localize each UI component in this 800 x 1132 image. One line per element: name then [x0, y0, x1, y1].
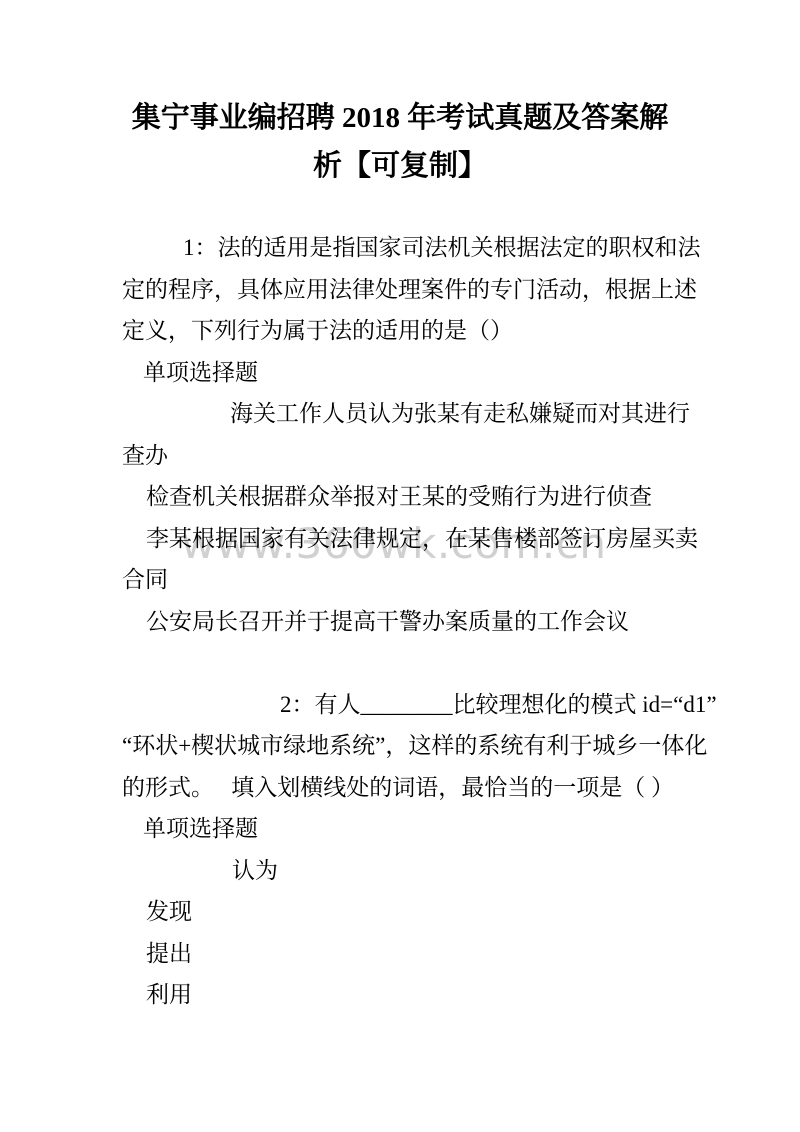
document-line: 单项选择题 — [122, 352, 760, 394]
document-line: 定义，下列行为属于法的适用的是（） — [122, 310, 760, 352]
document-line: “环状+楔状城市绿地系统”，这样的系统有利于城乡一体化 — [122, 725, 760, 767]
document-title: 集宁事业编招聘 2018 年考试真题及答案解 析【可复制】 — [0, 0, 800, 190]
document-line: 公安局长召开并于提高干警办案质量的工作会议 — [122, 601, 760, 643]
document-line: 利用 — [122, 974, 760, 1016]
document-line: 提出 — [122, 933, 760, 975]
document-body: 1：法的适用是指国家司法机关根据法定的职权和法定的程序，具体应用法律处理案件的专… — [0, 227, 800, 1016]
document-line: 的形式。 填入划横线处的词语，最恰当的一项是（ ） — [122, 767, 760, 809]
document-line: 单项选择题 — [122, 808, 760, 850]
document-title-line-2: 析【可复制】 — [0, 142, 800, 190]
document-line: 认为 — [122, 850, 760, 892]
document-line: 合同 — [122, 559, 760, 601]
document-line: 查办 — [122, 435, 760, 477]
document-line: 发现 — [122, 891, 760, 933]
document-title-line-1: 集宁事业编招聘 2018 年考试真题及答案解 — [0, 94, 800, 142]
document-line: 2：有人________比较理想化的模式 id=“d1” — [122, 684, 760, 726]
document-line: 海关工作人员认为张某有走私嫌疑而对其进行 — [122, 393, 760, 435]
document-line: 检查机关根据群众举报对王某的受贿行为进行侦查 — [122, 476, 760, 518]
document-blank-line — [122, 642, 760, 684]
document-line: 1：法的适用是指国家司法机关根据法定的职权和法 — [122, 227, 760, 269]
document-line: 李某根据国家有关法律规定，在某售楼部签订房屋买卖 — [122, 518, 760, 560]
document-page: www.360wk.com.cn 集宁事业编招聘 2018 年考试真题及答案解 … — [0, 0, 800, 1132]
document-line: 定的程序，具体应用法律处理案件的专门活动，根据上述 — [122, 269, 760, 311]
